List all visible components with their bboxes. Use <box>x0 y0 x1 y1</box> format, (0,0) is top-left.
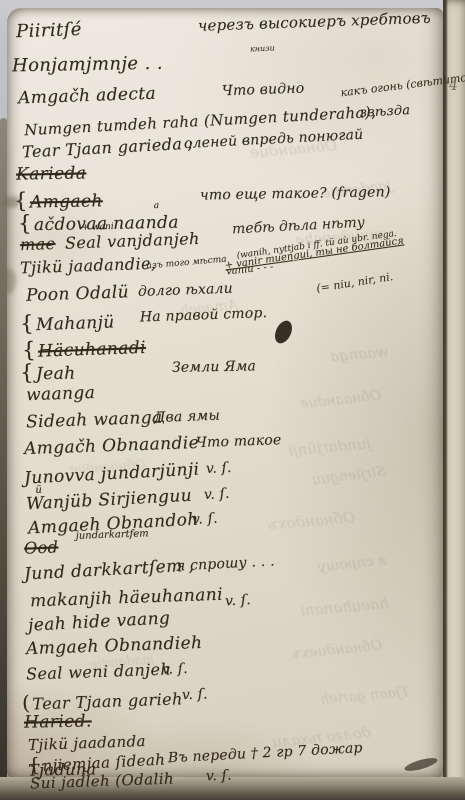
entry-gloss-text: v. ſ. <box>203 486 230 503</box>
manuscript-photo: Обнаандие jaadandie тундераhа Amgaeh waa… <box>0 0 465 800</box>
entry-native-text: Sideah waanga <box>26 408 163 433</box>
entry-native-text: Tjaduna <box>28 759 97 779</box>
ink-smudge <box>2 196 20 208</box>
superscript-note: a <box>154 201 160 211</box>
ink-smudge <box>403 755 438 773</box>
entry-gloss-text: что еще такое? (fragen) <box>200 184 391 203</box>
entry-line: Haried. <box>24 711 92 732</box>
entry-line: Piiritſé черезъ высокиеръ хребтовъ <box>16 19 82 42</box>
entry-line: Tjikü jaadandie, <box>20 254 157 278</box>
entry-gloss-text: v. ſ. <box>225 592 252 609</box>
text-layer: Обнаандие jaadandie тундераhа Amgaeh waa… <box>0 0 465 800</box>
entry-line: Amgaeh Obnandieh <box>26 633 203 659</box>
entry-native-text: Seal weni danjeh <box>26 659 172 683</box>
grouping-brace: { <box>18 211 32 236</box>
ghost-text: haeuhanani <box>299 594 389 620</box>
edge-marker: 4 <box>449 78 458 94</box>
ghost-text: jundarjünji <box>287 434 371 459</box>
entry-gloss-text: v. ſ. <box>205 460 232 477</box>
entry-line: jeah hide vaang v. ſ. <box>28 608 171 635</box>
entry-native-text: jeah hide vaang <box>28 608 171 635</box>
superscript-note: ü <box>35 485 42 496</box>
grouping-brace: { <box>20 360 34 385</box>
entry-line: Honjamjmnje . . <box>12 53 163 77</box>
entry-gloss-text: Два ямы <box>154 408 221 426</box>
marginal-annotation: какъ огонь (свѣтится) <box>340 70 465 100</box>
entry-native-text: waanga <box>26 383 96 405</box>
entry-native-text: Piiritſé <box>16 19 82 42</box>
entry-line: Poon Odalü долго ѣхали <box>26 282 130 306</box>
entry-line: (Tear Tjaan garieh v. ſ. <box>22 685 183 715</box>
entry-gloss-text: черезъ высокиеръ хребтовъ <box>198 9 431 35</box>
entry-line: waanga <box>26 383 96 405</box>
entry-line: Sideah waanga Два ямы <box>26 408 163 433</box>
ink-blot <box>272 318 296 346</box>
strikethrough-text: Häcuhanadi <box>38 338 147 362</box>
ghost-text: Sirjienguu <box>311 464 386 489</box>
entry-native-text: Honjamjmnje . . <box>12 53 163 77</box>
entry-gloss-text: Земли Яма <box>172 358 256 375</box>
entry-line: {Mahanjü На правой стор. <box>20 308 115 336</box>
marginal-annotation: изъ того мѣста <box>146 255 227 272</box>
ghost-text: Обнаандие <box>299 388 382 412</box>
entry-native-text: Tear Tjaan garieh <box>32 689 183 713</box>
entry-gloss-text: На правой стор. <box>140 305 268 325</box>
ink-smudge <box>0 268 16 294</box>
ghost-text: waanga <box>329 342 389 365</box>
entry-gloss-text: v. ſ. <box>182 686 208 703</box>
entry-line: makanjih häeuhanani <box>30 585 224 612</box>
entry-native-text: Junovva jundarjünji <box>24 459 200 488</box>
entry-gloss-text: Въ переди † 2 гр 7 дожар <box>167 740 363 766</box>
entry-native-text: Wanjüb Sirjienguu <box>26 486 193 515</box>
entry-line: Amgačh Obnaandie Что такое <box>24 433 200 459</box>
entry-native-text: Jund darkkartſem , <box>24 556 195 585</box>
entry-line: Karieda <box>16 163 87 184</box>
entry-gloss-text: v. ſ. <box>206 767 232 784</box>
superscript-note: + wani <box>81 222 113 233</box>
entry-native-text: Poon Odalü <box>26 282 130 306</box>
entry-line: Tjaduna <box>28 759 97 779</box>
entry-gloss-text: оленей впредь понюгай <box>184 127 364 152</box>
entry-line: Wanjüb Sirjienguu ü v. ſ. <box>26 486 193 515</box>
entry-native-text: makanjih häeuhanani <box>30 585 224 612</box>
ghost-text: Обнандохъ <box>267 508 355 534</box>
entry-line: {Häcuhanadi <box>22 334 147 363</box>
ghost-text: Обнандиехъ <box>291 637 382 662</box>
entry-line: Jund darkkartſem , я спрошу . . . <box>24 556 195 585</box>
grouping-brace: { <box>20 311 35 336</box>
entry-gloss-text: v. ſ. <box>191 511 218 528</box>
entry-native-text: Amgačh Obnaandie <box>24 433 200 459</box>
entry-native-text: Jeah <box>36 364 76 385</box>
entry-line: Junovva jundarjünji v. ſ. <box>24 459 200 488</box>
strikethrough-text: mae <box>20 234 56 254</box>
strikethrough-text: Karieda <box>16 163 87 184</box>
entry-line: Amgačh adecta Что видно <box>18 84 157 109</box>
entry-gloss-text: v. ſ. <box>162 661 188 678</box>
entry-native-text: Tjikü jaadandie, <box>20 254 157 278</box>
ghost-text: Tjaan garieh <box>319 684 410 708</box>
entry-line: Ood jundarkartfem <box>24 537 59 557</box>
marginal-annotation: тебѣ дѣла нѣту <box>232 215 365 238</box>
entry-native-text: Mahanjü <box>36 312 115 335</box>
entry-gloss-text: Что видно <box>222 80 305 99</box>
grouping-brace: ( <box>22 691 31 715</box>
entry-gloss-text: долго ѣхали <box>138 281 233 300</box>
entry-native-text: Amgačh adecta <box>18 84 157 109</box>
marginal-annotation: (= niu, nir, ni. <box>315 270 394 295</box>
entry-native-text: Amgaeh Obnandieh <box>26 633 203 659</box>
entry-gloss-text: Что такое <box>196 432 282 451</box>
strikethrough-text: Ood <box>24 537 59 557</box>
superscript-note: jundarkartfem <box>75 528 148 542</box>
strikethrough-text: Haried. <box>24 711 92 732</box>
entry-gloss-text: звѣзда <box>359 103 410 121</box>
marginal-annotation: книзи <box>250 43 275 53</box>
entry-line: Seal weni danjeh v. ſ. <box>26 659 172 683</box>
entry-line: {Jeah Земли Яма <box>20 360 76 386</box>
ghost-text: я спрошу <box>317 552 388 575</box>
